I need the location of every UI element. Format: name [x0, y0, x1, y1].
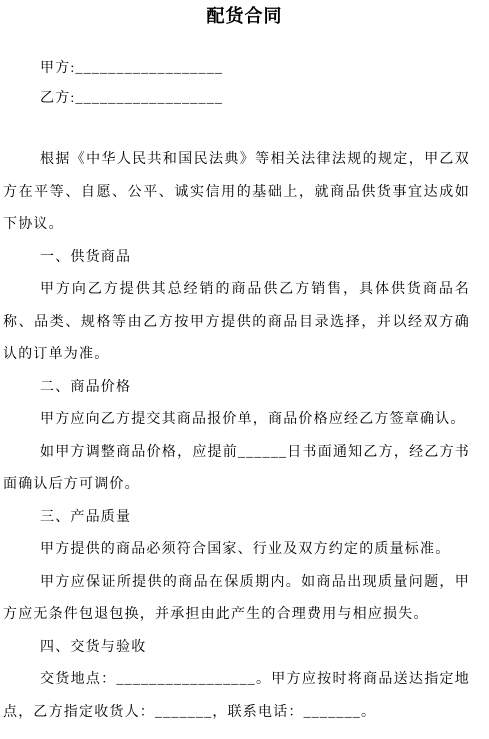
section-2-heading: 二、商品价格 [3, 372, 470, 405]
party-b-blank: __________________ [76, 91, 224, 106]
party-b-label: 乙方: [40, 91, 76, 106]
section-4-heading: 四、交货与验收 [3, 632, 470, 665]
section-3-paragraph-1: 甲方提供的商品必须符合国家、行业及双方约定的质量标准。 [3, 534, 470, 567]
section-1-heading: 一、供货商品 [3, 242, 470, 275]
section-3-heading: 三、产品质量 [3, 502, 470, 535]
party-a-line: 甲方:__________________ [40, 54, 470, 84]
intro-paragraph: 根据《中华人民共和国民法典》等相关法律法规的规定，甲乙双方在平等、自愿、公平、诚… [3, 144, 470, 242]
party-a-blank: __________________ [76, 61, 224, 76]
section-2-paragraph-2: 如甲方调整商品价格，应提前______日书面通知乙方，经乙方书面确认后方可调价。 [3, 437, 470, 502]
party-b-line: 乙方:__________________ [40, 84, 470, 114]
contract-document: 配货合同 甲方:__________________ 乙方:__________… [0, 0, 489, 739]
parties-block: 甲方:__________________ 乙方:_______________… [3, 54, 470, 114]
document-title: 配货合同 [3, 4, 486, 28]
section-2-paragraph-1: 甲方应向乙方提交其商品报价单，商品价格应经乙方签章确认。 [3, 404, 470, 437]
section-1-paragraph: 甲方向乙方提供其总经销的商品供乙方销售，具体供货商品名称、品类、规格等由乙方按甲… [3, 274, 470, 372]
section-3-paragraph-2: 甲方应保证所提供的商品在保质期内。如商品出现质量问题，甲方应无条件包退包换，并承… [3, 567, 470, 632]
contract-body: 根据《中华人民共和国民法典》等相关法律法规的规定，甲乙双方在平等、自愿、公平、诚… [3, 144, 470, 729]
section-4-paragraph-1: 交货地点：_________________。甲方应按时将商品送达指定地点，乙方… [3, 664, 470, 729]
party-a-label: 甲方: [40, 61, 76, 76]
